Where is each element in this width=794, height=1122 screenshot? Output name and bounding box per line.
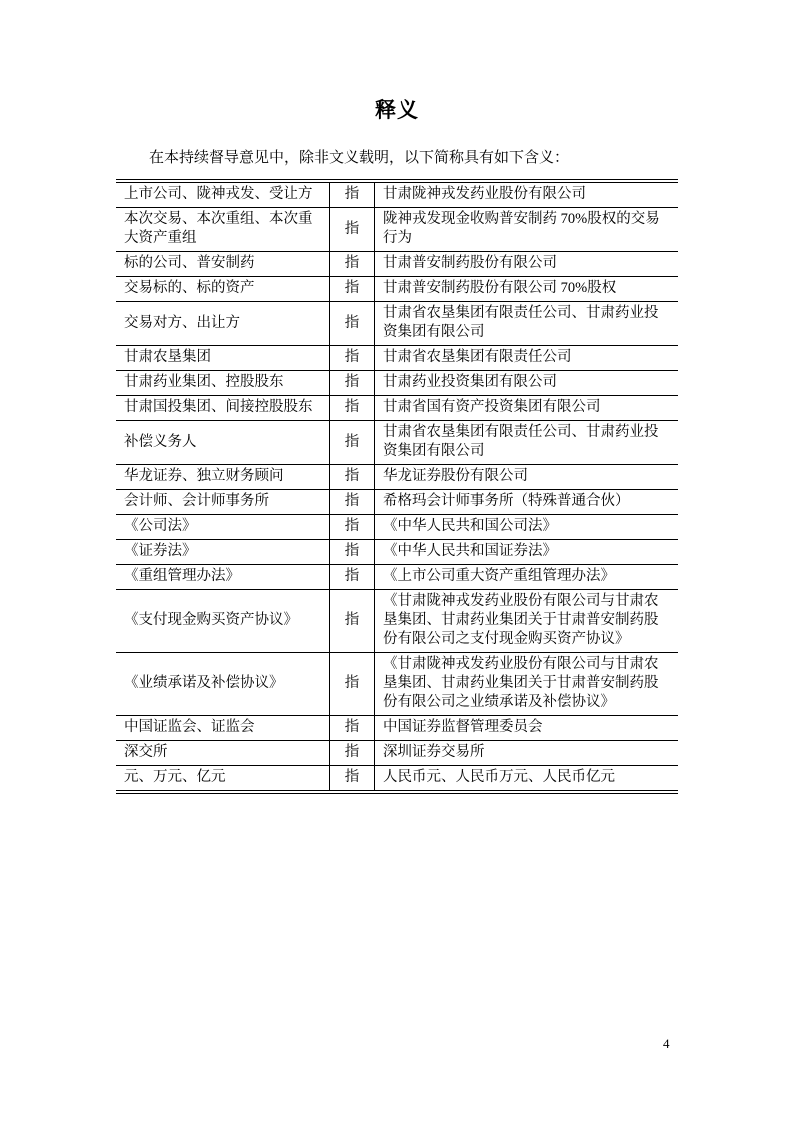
table-row: 《业绩承诺及补偿协议》 指 《甘肃陇神戎发药业股份有限公司与甘肃农垦集团、甘肃药… [116,653,678,716]
zhi-cell: 指 [330,565,375,590]
definition-cell: 甘肃省农垦集团有限责任公司 [375,346,679,371]
definition-cell: 《中华人民共和国公司法》 [375,515,679,540]
definition-cell: 希格玛会计师事务所（特殊普通合伙） [375,490,679,515]
table-row: 本次交易、本次重组、本次重大资产重组 指 陇神戎发现金收购普安制药 70%股权的… [116,208,678,252]
term-cell: 甘肃农垦集团 [116,346,330,371]
zhi-cell: 指 [330,371,375,396]
term-cell: 标的公司、普安制药 [116,252,330,277]
definition-cell: 《甘肃陇神戎发药业股份有限公司与甘肃农垦集团、甘肃药业集团关于甘肃普安制药股份有… [375,590,679,653]
definition-cell: 甘肃普安制药股份有限公司 70%股权 [375,277,679,302]
zhi-cell: 指 [330,277,375,302]
definition-cell: 中国证券监督管理委员会 [375,716,679,741]
zhi-cell: 指 [330,716,375,741]
definition-cell: 《中华人民共和国证券法》 [375,540,679,565]
table-row: 中国证监会、证监会 指 中国证券监督管理委员会 [116,716,678,741]
zhi-cell: 指 [330,302,375,346]
term-cell: 中国证监会、证监会 [116,716,330,741]
term-cell: 深交所 [116,741,330,766]
table-row: 上市公司、陇神戎发、受让方 指 甘肃陇神戎发药业股份有限公司 [116,181,678,208]
page-number: 4 [663,1036,670,1052]
zhi-cell: 指 [330,208,375,252]
definition-cell: 甘肃省国有资产投资集团有限公司 [375,396,679,421]
zhi-cell: 指 [330,540,375,565]
table-row: 交易标的、标的资产 指 甘肃普安制药股份有限公司 70%股权 [116,277,678,302]
table-row: 甘肃国投集团、间接控股股东 指 甘肃省国有资产投资集团有限公司 [116,396,678,421]
intro-paragraph: 在本持续督导意见中，除非文义载明，以下简称具有如下含义： [118,148,676,168]
definitions-table-body: 上市公司、陇神戎发、受让方 指 甘肃陇神戎发药业股份有限公司 本次交易、本次重组… [116,181,678,792]
zhi-cell: 指 [330,421,375,465]
term-cell: 本次交易、本次重组、本次重大资产重组 [116,208,330,252]
term-cell: 甘肃国投集团、间接控股股东 [116,396,330,421]
definition-cell: 甘肃普安制药股份有限公司 [375,252,679,277]
table-row: 华龙证券、独立财务顾问 指 华龙证券股份有限公司 [116,465,678,490]
term-cell: 华龙证券、独立财务顾问 [116,465,330,490]
definition-cell: 《甘肃陇神戎发药业股份有限公司与甘肃农垦集团、甘肃药业集团关于甘肃普安制药股份有… [375,653,679,716]
term-cell: 《证券法》 [116,540,330,565]
zhi-cell: 指 [330,465,375,490]
page-title: 释义 [0,0,794,125]
zhi-cell: 指 [330,590,375,653]
term-cell: 上市公司、陇神戎发、受让方 [116,181,330,208]
term-cell: 甘肃药业集团、控股股东 [116,371,330,396]
table-row: 交易对方、出让方 指 甘肃省农垦集团有限责任公司、甘肃药业投资集团有限公司 [116,302,678,346]
definition-cell: 深圳证券交易所 [375,741,679,766]
zhi-cell: 指 [330,346,375,371]
table-row: 《公司法》 指 《中华人民共和国公司法》 [116,515,678,540]
zhi-cell: 指 [330,515,375,540]
term-cell: 《公司法》 [116,515,330,540]
definitions-table: 上市公司、陇神戎发、受让方 指 甘肃陇神戎发药业股份有限公司 本次交易、本次重组… [116,179,678,794]
document-page: 释义 在本持续督导意见中，除非文义载明，以下简称具有如下含义： 上市公司、陇神戎… [0,0,794,1122]
table-row: 《重组管理办法》 指 《上市公司重大资产重组管理办法》 [116,565,678,590]
definition-cell: 甘肃省农垦集团有限责任公司、甘肃药业投资集团有限公司 [375,302,679,346]
table-row: 元、万元、亿元 指 人民币元、人民币万元、人民币亿元 [116,766,678,793]
term-cell: 会计师、会计师事务所 [116,490,330,515]
definition-cell: 甘肃药业投资集团有限公司 [375,371,679,396]
zhi-cell: 指 [330,741,375,766]
definition-cell: 华龙证券股份有限公司 [375,465,679,490]
definition-cell: 甘肃省农垦集团有限责任公司、甘肃药业投资集团有限公司 [375,421,679,465]
term-cell: 《重组管理办法》 [116,565,330,590]
table-row: 甘肃农垦集团 指 甘肃省农垦集团有限责任公司 [116,346,678,371]
term-cell: 元、万元、亿元 [116,766,330,793]
zhi-cell: 指 [330,396,375,421]
definition-cell: 《上市公司重大资产重组管理办法》 [375,565,679,590]
term-cell: 补偿义务人 [116,421,330,465]
table-row: 标的公司、普安制药 指 甘肃普安制药股份有限公司 [116,252,678,277]
definition-cell: 甘肃陇神戎发药业股份有限公司 [375,181,679,208]
zhi-cell: 指 [330,766,375,793]
zhi-cell: 指 [330,653,375,716]
term-cell: 交易对方、出让方 [116,302,330,346]
term-cell: 交易标的、标的资产 [116,277,330,302]
table-row: 《证券法》 指 《中华人民共和国证券法》 [116,540,678,565]
term-cell: 《支付现金购买资产协议》 [116,590,330,653]
table-row: 甘肃药业集团、控股股东 指 甘肃药业投资集团有限公司 [116,371,678,396]
term-cell: 《业绩承诺及补偿协议》 [116,653,330,716]
zhi-cell: 指 [330,490,375,515]
table-row: 深交所 指 深圳证券交易所 [116,741,678,766]
table-row: 《支付现金购买资产协议》 指 《甘肃陇神戎发药业股份有限公司与甘肃农垦集团、甘肃… [116,590,678,653]
zhi-cell: 指 [330,181,375,208]
zhi-cell: 指 [330,252,375,277]
table-row: 补偿义务人 指 甘肃省农垦集团有限责任公司、甘肃药业投资集团有限公司 [116,421,678,465]
definition-cell: 陇神戎发现金收购普安制药 70%股权的交易行为 [375,208,679,252]
table-row: 会计师、会计师事务所 指 希格玛会计师事务所（特殊普通合伙） [116,490,678,515]
definition-cell: 人民币元、人民币万元、人民币亿元 [375,766,679,793]
